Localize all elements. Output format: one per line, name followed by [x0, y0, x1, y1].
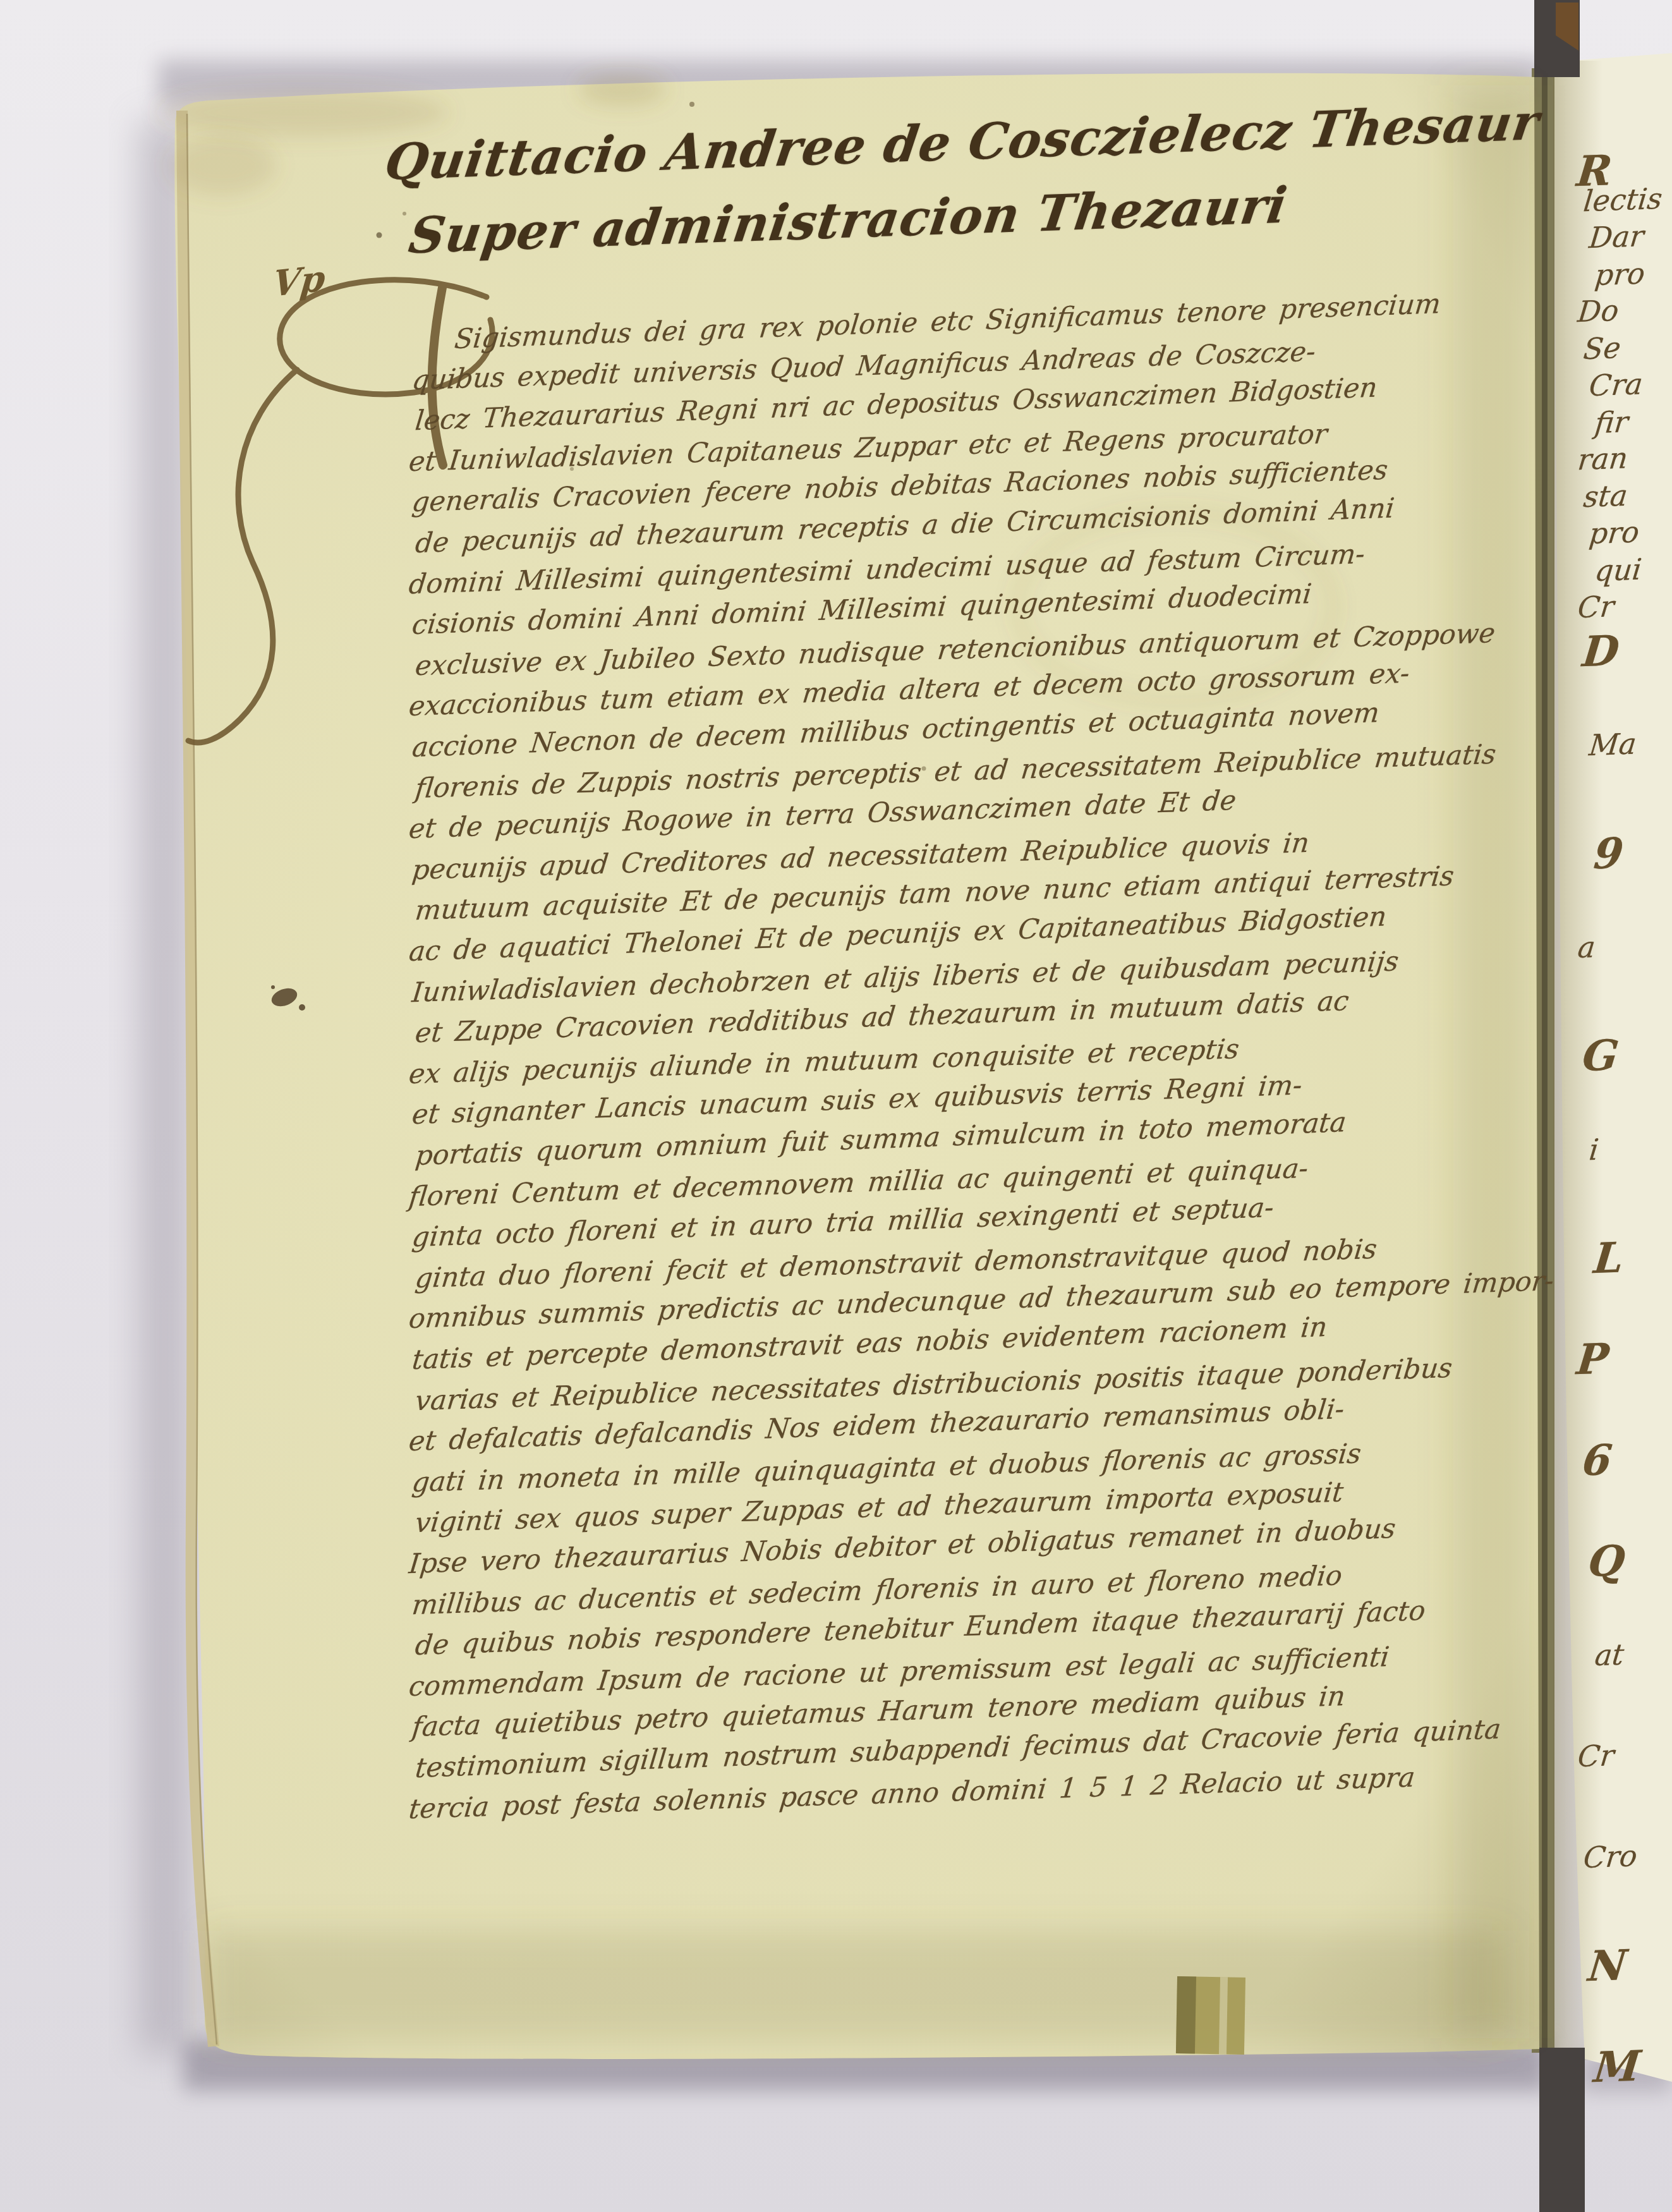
speck	[922, 767, 926, 771]
toning-bottom-band	[209, 1931, 1504, 2041]
stain-corner	[169, 135, 276, 196]
speck	[689, 102, 694, 107]
facing-page-line-fragment: M	[1592, 2041, 1643, 2092]
facing-page-line-fragment: L	[1592, 1232, 1627, 1283]
toning-gutter-band	[1453, 85, 1529, 2038]
stain-top-mid	[578, 73, 667, 106]
facing-page-line-fragment: at	[1593, 1637, 1626, 1672]
facing-page-line-fragment: Do	[1576, 293, 1620, 329]
repair-tape	[1176, 1976, 1245, 2055]
facing-page-line-fragment: lectis	[1582, 181, 1664, 218]
stain-top-left	[158, 88, 449, 137]
facing-page-line-fragment: Ma	[1587, 726, 1638, 762]
facing-page-line-fragment: Se	[1582, 330, 1622, 365]
facing-page-text-fragments: RlectisDarproDoSeCrafirranstaproquiCrDMa…	[1554, 0, 1672, 2212]
facing-page-line-fragment: 6	[1580, 1435, 1614, 1485]
facing-page-line-fragment: fir	[1593, 404, 1630, 440]
photo-base-art	[0, 0, 1672, 2212]
facing-page-line-fragment: Cr	[1576, 589, 1616, 624]
facing-page-line-fragment: a	[1576, 930, 1597, 964]
facing-page-line-fragment: i	[1587, 1132, 1600, 1167]
leaf-edge-vignette	[174, 73, 1539, 2059]
facing-page-line-fragment: Cra	[1587, 367, 1644, 403]
facing-page-line-fragment: Dar	[1587, 219, 1645, 255]
gutter-inner-shadow	[1542, 68, 1548, 2053]
facing-page-line-fragment: ran	[1576, 441, 1630, 477]
facing-page-line-fragment: 9	[1592, 828, 1626, 878]
facing-page-line-fragment: N	[1586, 1940, 1630, 1991]
facing-page-line-fragment: pro	[1587, 514, 1641, 550]
facing-page-line-fragment: pro	[1593, 256, 1647, 292]
facing-page-line-fragment: P	[1575, 1334, 1611, 1384]
speck	[403, 212, 406, 216]
facing-page-line-fragment: Cro	[1582, 1838, 1639, 1875]
facing-page-line-fragment: G	[1580, 1030, 1621, 1081]
facing-page-line-fragment: D	[1580, 626, 1621, 676]
facing-page-line-fragment: Q	[1586, 1536, 1628, 1586]
ink-speck-above-text	[377, 233, 382, 238]
manuscript-photo: Quittacio Andree de Cosczielecz Thesaur …	[0, 0, 1672, 2212]
facing-page-line-fragment: qui	[1593, 552, 1643, 588]
facing-page-line-fragment: Cr	[1576, 1738, 1616, 1773]
speck	[570, 467, 574, 471]
facing-page-line-fragment: sta	[1582, 478, 1629, 514]
